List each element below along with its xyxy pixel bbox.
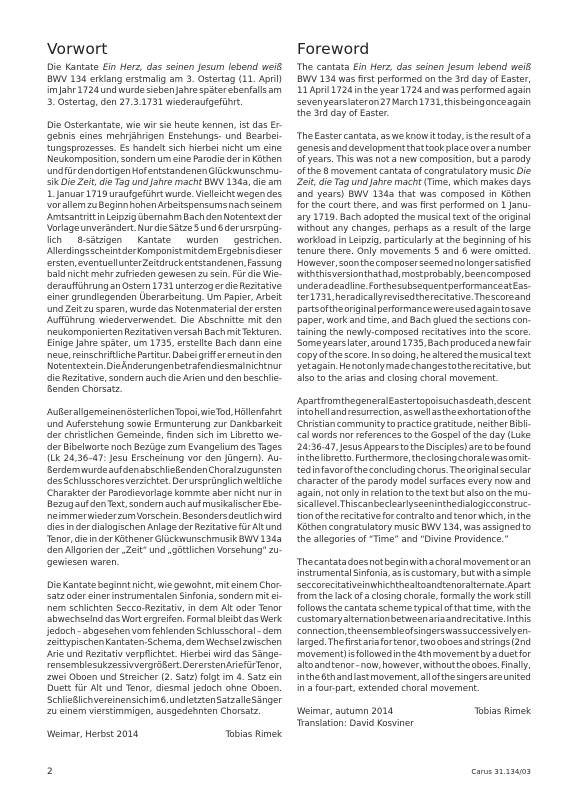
text-line: larged.Thefirstariafortenor,twooboesands…: [297, 638, 531, 650]
text-line: AußerallgemeinenösterlichenTopoi,wieTod,…: [47, 408, 282, 420]
text-line: derBibelwortenochBezügezumEvangeliumdesT…: [47, 443, 282, 455]
text-line: Aufführungwiederverwendet.DieAbschnittem…: [47, 316, 282, 328]
text-line: undfürdendortigenHofentstandenenGlückwun…: [47, 167, 282, 179]
text-line: BWV134wasfirstperformedonthe3rddayofEast…: [297, 75, 531, 87]
text-line: lich8-sätzigenKantatewurdengestrichen.: [47, 236, 282, 248]
german-heading: Vorwort: [47, 38, 282, 63]
english-signature: Weimar, autumn 2014 Tobias Rimek: [297, 707, 531, 719]
text-line: andyears)BWV134athatwascomposedinKöthen: [297, 190, 531, 202]
text-line: BezugaufdenText,sondernauchaufmusikalisc…: [47, 500, 282, 512]
text-line: forthecourtthere,andwasfirstperformedon1…: [297, 201, 531, 213]
text-line: deraufführunganOstern1731unterzogerdieRe…: [47, 282, 282, 294]
text-line: Vorlageunverändert.NurdieSätze5und6derur…: [47, 224, 282, 236]
text-line: yetagain.Henotonlymadechangestotherecita…: [297, 362, 531, 374]
german-paragraph: DieKantatebeginntnicht,wiegewohnt,mitein…: [47, 581, 282, 719]
text-line: zweiOboenundStreicher(2.Satz)folgtim4.Sa…: [47, 673, 282, 685]
text-line: alsototheariasandclosingchoralmovement.: [297, 374, 531, 386]
text-line: ofthe8movementcantataofcongratulatorymus…: [297, 167, 531, 179]
english-paragraph: ThecantataEinHerz,dasseinenJesumlebendwe…: [297, 63, 531, 121]
text-line: TheEastercantata,asweknowittoday,isthere…: [297, 132, 531, 144]
text-line: sikDieZeit,dieTagundJahremachtBWV134a,di…: [47, 178, 282, 190]
text-line: ArieundRezitativverpflichtet.Hierbeiwird…: [47, 650, 282, 662]
text-line: Tenor,dieinderKöthenerGlückwunschmusikBW…: [47, 535, 282, 547]
text-line: theallegoriesof“Time”and“DivineProvidenc…: [297, 535, 531, 547]
text-line: zueinemvierstimmigen,ausgedehntenChorsat…: [47, 707, 282, 719]
text-line: withthisversionthathad,mostprobably,been…: [297, 270, 531, 282]
text-line: ßerdemwurdeaufdenabschließendenChoralzug…: [47, 466, 282, 478]
text-line: Thecantatadoesnotbeginwithachoralmovemen…: [297, 558, 531, 570]
text-line: sicallevel.Thiscanbeclearlyseeninthedial…: [297, 500, 531, 512]
text-line: jedoch–abgesehenvomfehlendenSchlusschora…: [47, 627, 282, 639]
text-line: (Lk24,36–47:JesuErscheinungvordenJüngern…: [47, 454, 282, 466]
text-line: rensemblesukzessivvergrößert.DererstenAr…: [47, 661, 282, 673]
text-line: connection,theensembleofsingerswassucces…: [297, 627, 531, 639]
text-line: neukomponiertenRezitativenversahBachmitT…: [47, 328, 282, 340]
text-line: DieKantatebeginntnicht,wiegewohnt,mitein…: [47, 581, 282, 593]
text-line: zeittypischenKantaten-Schema,demWechselz…: [47, 638, 282, 650]
text-line: 24:36-47,JesusAppearstotheDisciples)aret…: [297, 443, 531, 455]
text-line: tionoftherecitativeforcontraltoandtenorw…: [297, 512, 531, 524]
german-paragraph: DieKantateEinHerz,dasseinenJesumlebendwe…: [47, 63, 282, 109]
text-line: CharakterderParodievorlagekommteabernich…: [47, 489, 282, 501]
text-line: EinigeJahrespäter,um1735,erstellteBachda…: [47, 339, 282, 351]
text-line: desSchlusschoresverzichtet.Derursprüngli…: [47, 477, 282, 489]
text-line: inafour-part,extendedchoralmovement.: [297, 684, 531, 696]
text-line: paper,workandtime,andBachgluedthesection…: [297, 316, 531, 328]
text-line: undZeitzusparen,wurdedasNotenmaterialder…: [47, 305, 282, 317]
text-line: Zeit,dieTagundJahremacht(Time,whichmakes…: [297, 178, 531, 190]
translation-credit: Translation: David Kosviner: [297, 719, 531, 731]
text-line: customaryalternationbetweenariaandrecita…: [297, 615, 531, 627]
german-paragraph: DieOsterkantate,wiewirsieheutekennen,ist…: [47, 121, 282, 397]
text-line: derchristlichenGemeinde,findensichimLibr…: [47, 431, 282, 443]
text-line: ersten,eventuellunterZeitdruckentstanden…: [47, 259, 282, 271]
text-line: Notentextein.DieÄnderungenbetrafendiesma…: [47, 362, 282, 374]
text-line: seccorecitativeinwhichthealtoandtenoralt…: [297, 581, 531, 593]
text-line: nemschlichtenSecco-Rezitativ,indemAltode…: [47, 604, 282, 616]
text-line: DuettfürAltundTenor,diesmaljedochohneObo…: [47, 684, 282, 696]
text-line: AmtsantrittinLeipzigübernahmBachdenNoten…: [47, 213, 282, 225]
text-line: tedinfavoroftheconcludingchorus.Theorigi…: [297, 466, 531, 478]
text-line: ter1731,heradicallyrevisedtherecitative.…: [297, 293, 531, 305]
english-paragraph: ApartfromthegeneralEastertopoisuchasdeat…: [297, 397, 531, 547]
text-line: baldnichtmehrzufriedengewesenzusein.Fürd…: [47, 270, 282, 282]
text-line: ary1719.Bachadoptedthemusicaltextoftheor…: [297, 213, 531, 225]
text-line: withoutanychanges,perhapsasaresultofthel…: [297, 224, 531, 236]
text-line: undAuferstehungsowieErmunterungzurDankba…: [47, 420, 282, 432]
text-line: Christiancommunitytopracticegratitude,ne…: [297, 420, 531, 432]
text-line: abwechselnddasWortergreifen.Formalbleibt…: [47, 615, 282, 627]
german-preface-column: Vorwort DieKantateEinHerz,dasseinenJesum…: [47, 38, 282, 742]
text-line: copyofthescore.Insodoing,healteredthemus…: [297, 351, 531, 363]
text-line: followsthecantataschemetypicalofthattime…: [297, 604, 531, 616]
text-line: satzodereinerinstrumentalenSinfonia,sond…: [47, 592, 282, 604]
english-place-date: Weimar, autumn 2014: [297, 707, 393, 719]
text-line: Neukomposition,sondernumeineParodiederin…: [47, 155, 282, 167]
text-line: DieKantateEinHerz,dasseinenJesumlebendwe…: [47, 63, 282, 75]
text-line: AllerdingsscheintderKomponistmitdemErgeb…: [47, 247, 282, 259]
text-line: again,notonlyinrelationtothetextbutalsoo…: [297, 489, 531, 501]
text-line: sevenyearslateron27March1731,thisbeingon…: [297, 98, 531, 110]
page-number: 2: [47, 767, 53, 777]
english-author: Tobias Rimek: [475, 707, 531, 719]
german-paragraph: AußerallgemeinenösterlichenTopoi,wieTod,…: [47, 408, 282, 569]
german-author: Tobias Rimek: [226, 730, 282, 742]
german-body: DieKantateEinHerz,dasseinenJesumlebendwe…: [47, 63, 282, 719]
text-line: denAllgoriender„Zeit“und„göttlichenVorse…: [47, 546, 282, 558]
english-paragraph: Thecantatadoesnotbeginwithachoralmovemen…: [297, 558, 531, 696]
text-line: ßendenChorsatz.: [47, 385, 282, 397]
english-body: ThecantataEinHerz,dasseinenJesumlebendwe…: [297, 63, 531, 696]
english-paragraph: TheEastercantata,asweknowittoday,isthere…: [297, 132, 531, 385]
english-heading: Foreword: [297, 38, 531, 63]
text-line: gebniseinesmehrjährigenEnstehungs-undBea…: [47, 132, 282, 144]
text-line: tungsprozesses.Eshandeltsichhierbeinicht…: [47, 144, 282, 156]
text-line: 3.Ostertag,den27.3.1731wiederaufgeführt.: [47, 98, 282, 110]
text-line: However,soonthecomposerseemednolongersat…: [297, 259, 531, 271]
text-line: fromthelackofaclosingchorale,formallythe…: [297, 592, 531, 604]
text-line: DieOsterkantate,wiewirsieheutekennen,ist…: [47, 121, 282, 133]
text-line: inthelibretto.Furthermore,theclosingchor…: [297, 454, 531, 466]
text-line: 11April1724intheyear1724andwasperformeda…: [297, 86, 531, 98]
text-line: KöthencongratulatorymusicBWV134,wasassig…: [297, 523, 531, 535]
text-line: imJahr1724undwurdesiebenJahrespäterebenf…: [47, 86, 282, 98]
text-line: Schließlichvereinensichim6.undletztenSat…: [47, 696, 282, 708]
text-line: movement)isfollowedinthe4thmovementbyadu…: [297, 650, 531, 662]
text-line: altoandtenor–now,however,withouttheoboes…: [297, 661, 531, 673]
text-line: tenurethere.Onlymovements5and6wereomitte…: [297, 247, 531, 259]
text-line: neimmerwiederzumVorschein.Besondersdeutl…: [47, 512, 282, 524]
text-line: inthe6thandlastmovement,allofthesingersa…: [297, 673, 531, 685]
text-line: workloadinLeipzig,particularlyatthebegin…: [297, 236, 531, 248]
text-line: neue,reinschriftlichePartitur.Dabeigriff…: [47, 351, 282, 363]
english-foreword-column: Foreword ThecantataEinHerz,dasseinenJesu…: [297, 38, 531, 730]
catalog-number: Carus 31.134/03: [471, 768, 531, 776]
text-line: tainingthenewly-composedrecitativesintot…: [297, 328, 531, 340]
text-line: BWV134erklangerstmaligam3.Ostertag(11.Ap…: [47, 75, 282, 87]
text-line: einergrundlegendenÜberarbeitung.UmPapier…: [47, 293, 282, 305]
text-line: underadeadline.Forthesubsequentperforman…: [297, 282, 531, 294]
text-line: calwordsnorreferencestotheGospeloftheday…: [297, 431, 531, 443]
text-line: genesisanddevelopmentthattookplaceoveran…: [297, 144, 531, 156]
text-line: ThecantataEinHerz,dasseinenJesumlebendwe…: [297, 63, 531, 75]
german-signature: Weimar, Herbst 2014 Tobias Rimek: [47, 730, 282, 742]
text-line: ApartfromthegeneralEastertopoisuchasdeat…: [297, 397, 531, 409]
text-line: 1.Januar1719uraufgeführtwurde.Vielleicht…: [47, 190, 282, 202]
text-line: the3rddayofEaster.: [297, 109, 531, 121]
text-line: ofyears.Thiswasnotanewcomposition,butapa…: [297, 155, 531, 167]
german-place-date: Weimar, Herbst 2014: [47, 730, 139, 742]
text-line: gewiesenwaren.: [47, 558, 282, 570]
text-line: diesinderdialogischenAnlagederRezitative…: [47, 523, 282, 535]
text-line: dieRezitative,sondernauchdieArienunddenb…: [47, 374, 282, 386]
text-line: instrumentalSinfonia,asiscustomary,butwi…: [297, 569, 531, 581]
text-line: partsoftheoriginalperformancewereusedaga…: [297, 305, 531, 317]
text-line: intohellandresurrection,aswellastheexhor…: [297, 408, 531, 420]
text-line: characteroftheparodymodelsurfaceseveryno…: [297, 477, 531, 489]
text-line: Someyearslater,around1735,Bachproducedan…: [297, 339, 531, 351]
text-line: vorallemzuBeginnhohenArbeitspensumsnachs…: [47, 201, 282, 213]
